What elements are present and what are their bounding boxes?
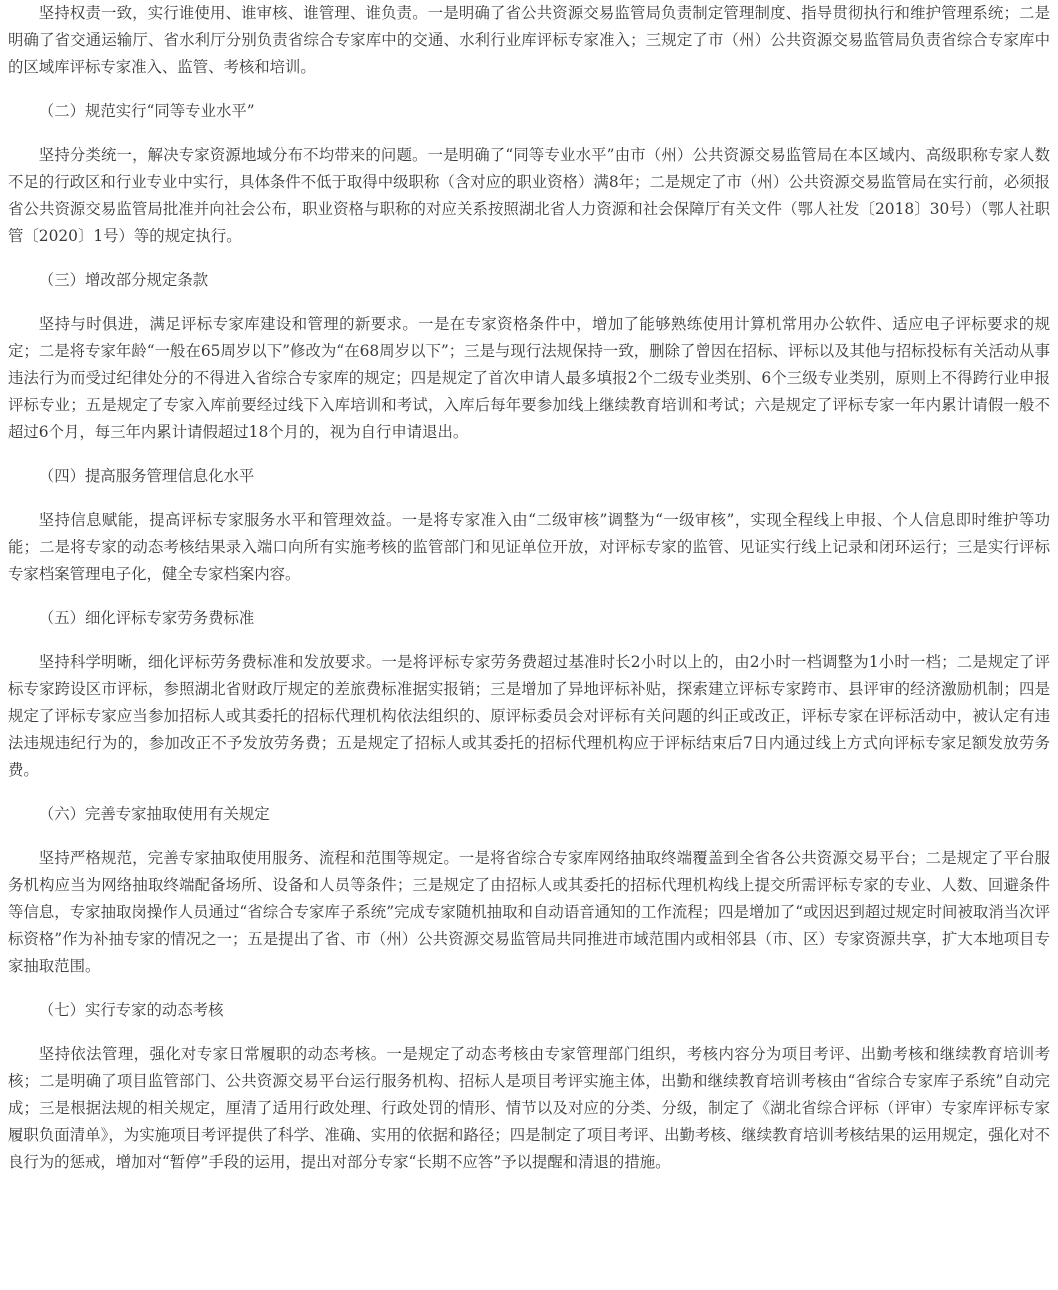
heading-spacer bbox=[8, 294, 1050, 311]
intro-paragraph: 坚持权责一致，实行谁使用、谁审核、谁管理、谁负责。一是明确了省公共资源交易监管局… bbox=[8, 0, 1050, 81]
section-heading: （二）规范实行“同等专业水平” bbox=[8, 98, 1050, 125]
document-body: 坚持权责一致，实行谁使用、谁审核、谁管理、谁负责。一是明确了省公共资源交易监管局… bbox=[0, 0, 1058, 1176]
section-body: 坚持信息赋能，提高评标专家服务水平和管理效益。一是将专家准入由“二级审核”调整为… bbox=[8, 507, 1050, 588]
paragraph-spacer bbox=[8, 446, 1050, 463]
paragraph-spacer bbox=[8, 784, 1050, 801]
section-informatization: （四）提高服务管理信息化水平 坚持信息赋能，提高评标专家服务水平和管理效益。一是… bbox=[8, 463, 1050, 605]
section-amend-provisions: （三）增改部分规定条款 坚持与时俱进，满足评标专家库建设和管理的新要求。一是在专… bbox=[8, 267, 1050, 463]
section-dynamic-assessment: （七）实行专家的动态考核 坚持依法管理，强化对专家日常履职的动态考核。一是规定了… bbox=[8, 997, 1050, 1176]
paragraph-spacer bbox=[8, 81, 1050, 98]
section-body: 坚持严格规范，完善专家抽取使用服务、流程和范围等规定。一是将省综合专家库网络抽取… bbox=[8, 845, 1050, 980]
paragraph-spacer bbox=[8, 588, 1050, 605]
section-heading: （六）完善专家抽取使用有关规定 bbox=[8, 801, 1050, 828]
heading-spacer bbox=[8, 828, 1050, 845]
section-heading: （四）提高服务管理信息化水平 bbox=[8, 463, 1050, 490]
section-heading: （三）增改部分规定条款 bbox=[8, 267, 1050, 294]
paragraph-spacer bbox=[8, 980, 1050, 997]
heading-spacer bbox=[8, 632, 1050, 649]
heading-spacer bbox=[8, 490, 1050, 507]
section-heading: （七）实行专家的动态考核 bbox=[8, 997, 1050, 1024]
section-standardize-equal-professional-level: （二）规范实行“同等专业水平” 坚持分类统一，解决专家资源地域分布不均带来的问题… bbox=[8, 98, 1050, 267]
section-expert-selection: （六）完善专家抽取使用有关规定 坚持严格规范，完善专家抽取使用服务、流程和范围等… bbox=[8, 801, 1050, 997]
section-body: 坚持与时俱进，满足评标专家库建设和管理的新要求。一是在专家资格条件中，增加了能够… bbox=[8, 311, 1050, 446]
section-service-fee-standard: （五）细化评标专家劳务费标准 坚持科学明晰，细化评标劳务费标准和发放要求。一是将… bbox=[8, 605, 1050, 801]
paragraph-spacer bbox=[8, 250, 1050, 267]
section-heading: （五）细化评标专家劳务费标准 bbox=[8, 605, 1050, 632]
section-body: 坚持科学明晰，细化评标劳务费标准和发放要求。一是将评标专家劳务费超过基准时长2小… bbox=[8, 649, 1050, 784]
heading-spacer bbox=[8, 125, 1050, 142]
section-body: 坚持分类统一，解决专家资源地域分布不均带来的问题。一是明确了“同等专业水平”由市… bbox=[8, 142, 1050, 250]
heading-spacer bbox=[8, 1024, 1050, 1041]
section-body: 坚持依法管理，强化对专家日常履职的动态考核。一是规定了动态考核由专家管理部门组织… bbox=[8, 1041, 1050, 1176]
